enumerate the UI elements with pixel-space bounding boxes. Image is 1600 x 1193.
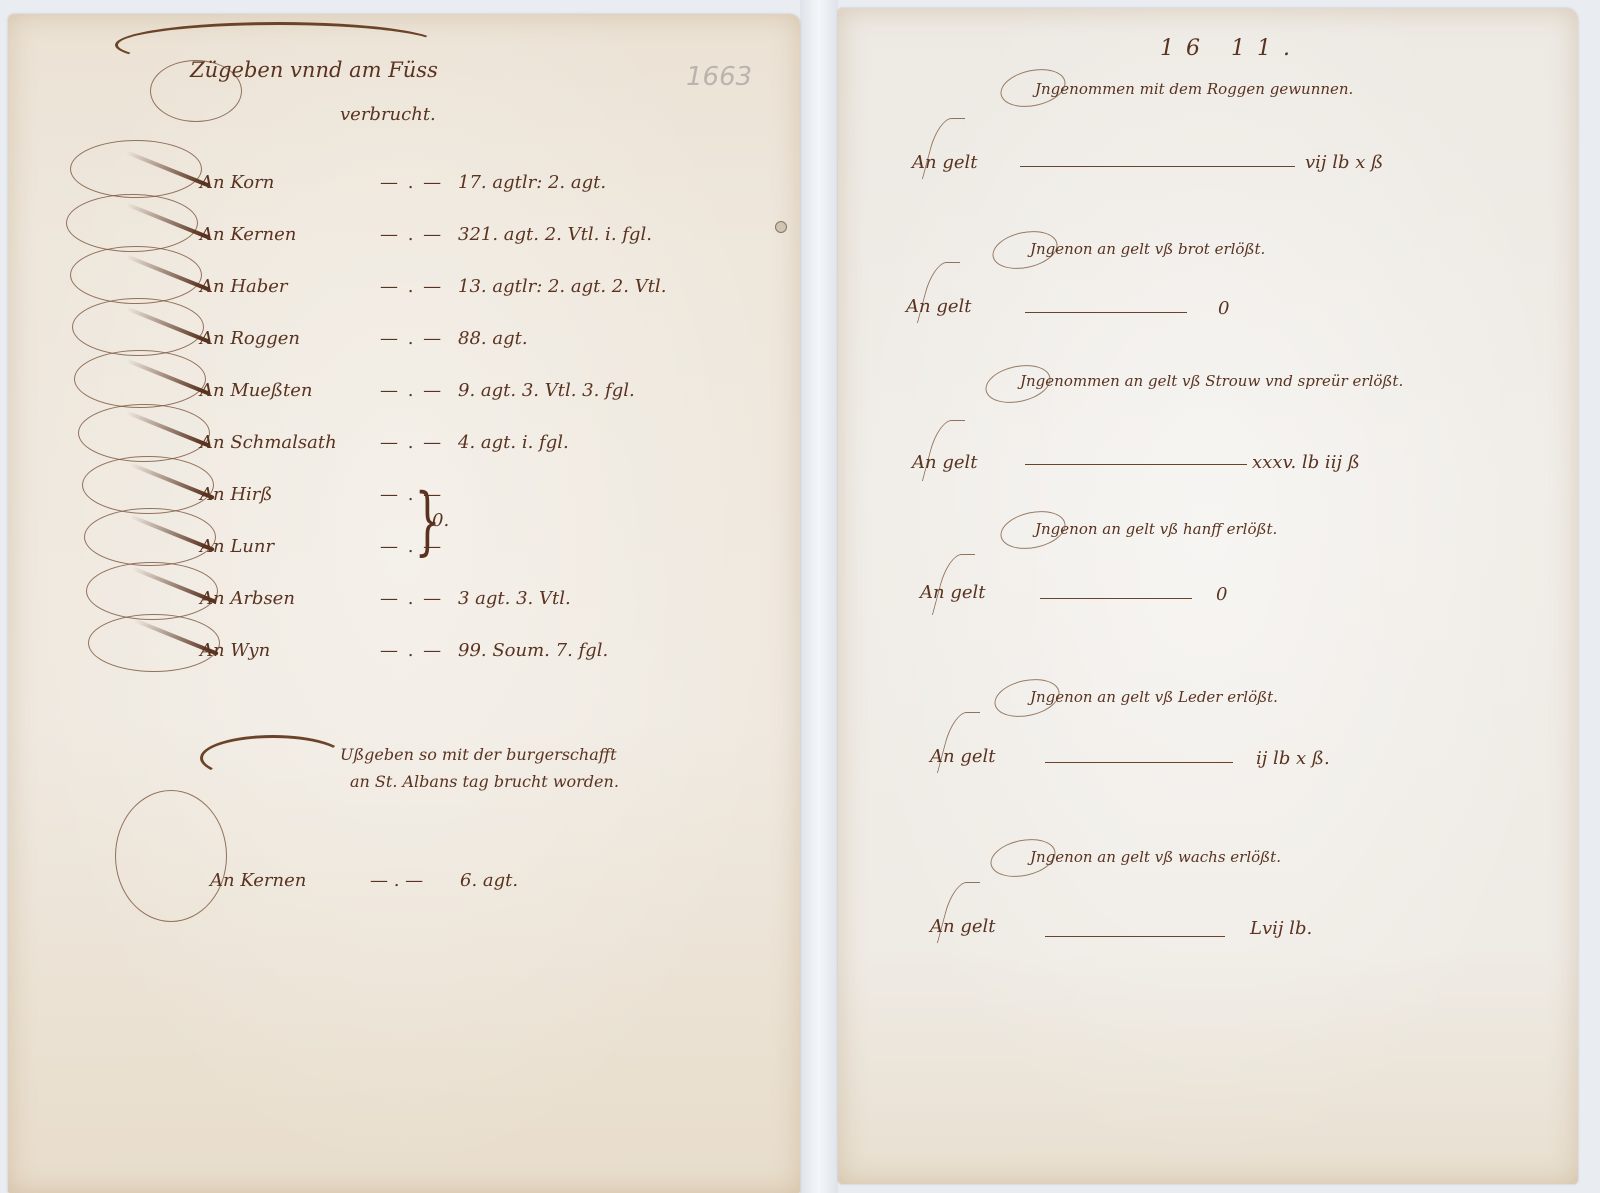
section-heading: Jngenon an gelt vß hanff erlößt. [1035, 520, 1277, 538]
item-label: An Korn [200, 172, 380, 193]
entry-rule [1045, 936, 1225, 937]
dash-separator: — . — [380, 588, 458, 609]
item-quantity: 321. agt. 2. Vtl. i. fgl. [458, 224, 652, 245]
row-flourish-loop [84, 508, 216, 566]
year-heading: 16 11. [1160, 36, 1302, 61]
section-heading: Jngenon an gelt vß wachs erlößt. [1030, 848, 1281, 866]
section-heading: Jngenommen mit dem Roggen gewunnen. [1035, 80, 1353, 98]
item-label: An Hirß [200, 484, 380, 505]
item-quantity: 4. agt. i. fgl. [458, 432, 569, 453]
item-label: An Kernen [200, 224, 380, 245]
left-subheading-line2: an St. Albans tag brucht worden. [350, 772, 619, 791]
dash-separator: — . — [380, 172, 458, 193]
row-flourish-loop [82, 456, 214, 514]
ledger-row: An Wyn — . — 99. Soum. 7. fgl. [200, 640, 608, 672]
entry-value: 0 [1218, 298, 1229, 319]
section-heading: Jngenon an gelt vß Leder erlößt. [1030, 688, 1278, 706]
ledger-row: An Arbsen — . — 3 agt. 3. Vtl. [200, 588, 571, 620]
ledger-row: An Korn — . — 17. agtlr: 2. agt. [200, 172, 606, 204]
item-label: An Schmalsath [200, 432, 380, 453]
item-quantity: 17. agtlr: 2. agt. [458, 172, 606, 193]
left-subheading-line1: Ußgeben so mit der burgerschafft [340, 745, 617, 764]
ledger-row: An Mueßten — . — 9. agt. 3. Vtl. 3. fgl. [200, 380, 635, 412]
entry-label: An gelt [906, 296, 971, 317]
entry-value: xxxv. lb iij ß [1252, 452, 1360, 473]
row-flourish-loop [86, 562, 218, 620]
left-heading-line2: verbrucht. [340, 104, 436, 125]
entry-label: An gelt [912, 452, 977, 473]
item-quantity: 88. agt. [458, 328, 528, 349]
subheading-flourish [200, 735, 346, 781]
dash-separator: — . — [380, 328, 458, 349]
paper-hole [775, 221, 787, 233]
row-flourish-loop [70, 140, 202, 198]
entry-rule [1040, 598, 1192, 599]
final-item-quantity: 6. agt. [460, 870, 518, 891]
ledger-row: An Schmalsath — . — 4. agt. i. fgl. [200, 432, 569, 464]
item-label: An Roggen [200, 328, 380, 349]
entry-label: An gelt [920, 582, 985, 603]
section-heading: Jngenon an gelt vß brot erlößt. [1030, 240, 1265, 258]
left-heading-line1: Zügeben vnnd am Füss [190, 58, 438, 82]
entry-rule [1025, 312, 1187, 313]
dash-separator: — . — [380, 432, 458, 453]
dash-separator: — . — [380, 380, 458, 401]
entry-value: Lvij lb. [1250, 918, 1312, 939]
entry-label: An gelt [912, 152, 977, 173]
entry-label: An gelt [930, 746, 995, 767]
item-quantity: 99. Soum. 7. fgl. [458, 640, 608, 661]
entry-rule [1045, 762, 1233, 763]
entry-value: vij lb x ß [1305, 152, 1383, 173]
dash-separator: — . — [380, 640, 458, 661]
entry-rule [1025, 464, 1247, 465]
dash-separator: — . — [380, 276, 458, 297]
entry-rule [1020, 166, 1295, 167]
row-flourish-loop [70, 246, 202, 304]
brace-total: 0. [432, 510, 449, 531]
item-label: An Lunr [200, 536, 380, 557]
item-label: An Wyn [200, 640, 380, 661]
item-label: An Arbsen [200, 588, 380, 609]
entry-value: ij lb x ß. [1256, 748, 1330, 769]
row-flourish-loop [72, 298, 204, 356]
section-heading: Jngenommen an gelt vß Strouw vnd spreür … [1020, 372, 1403, 390]
entry-value: 0 [1216, 584, 1227, 605]
ledger-row: An Roggen — . — 88. agt. [200, 328, 528, 360]
item-label: An Haber [200, 276, 380, 297]
entry-label: An gelt [930, 916, 995, 937]
dash-separator: — . — [380, 224, 458, 245]
ledger-row: An Kernen — . — 321. agt. 2. Vtl. i. fgl… [200, 224, 652, 256]
final-item-label: An Kernen [210, 870, 306, 891]
row-flourish-loop [74, 350, 206, 408]
item-label: An Mueßten [200, 380, 380, 401]
final-dash-separator: — . — [370, 870, 423, 891]
ledger-row: An Haber — . — 13. agtlr: 2. agt. 2. Vtl… [200, 276, 666, 308]
item-quantity: 9. agt. 3. Vtl. 3. fgl. [458, 380, 635, 401]
item-quantity: 3 agt. 3. Vtl. [458, 588, 571, 609]
pencil-archive-number: 1663 [686, 62, 752, 92]
row-flourish-loop [78, 404, 210, 462]
background-gap [800, 0, 838, 1193]
initial-a-loop [115, 790, 227, 922]
item-quantity: 13. agtlr: 2. agt. 2. Vtl. [458, 276, 666, 297]
